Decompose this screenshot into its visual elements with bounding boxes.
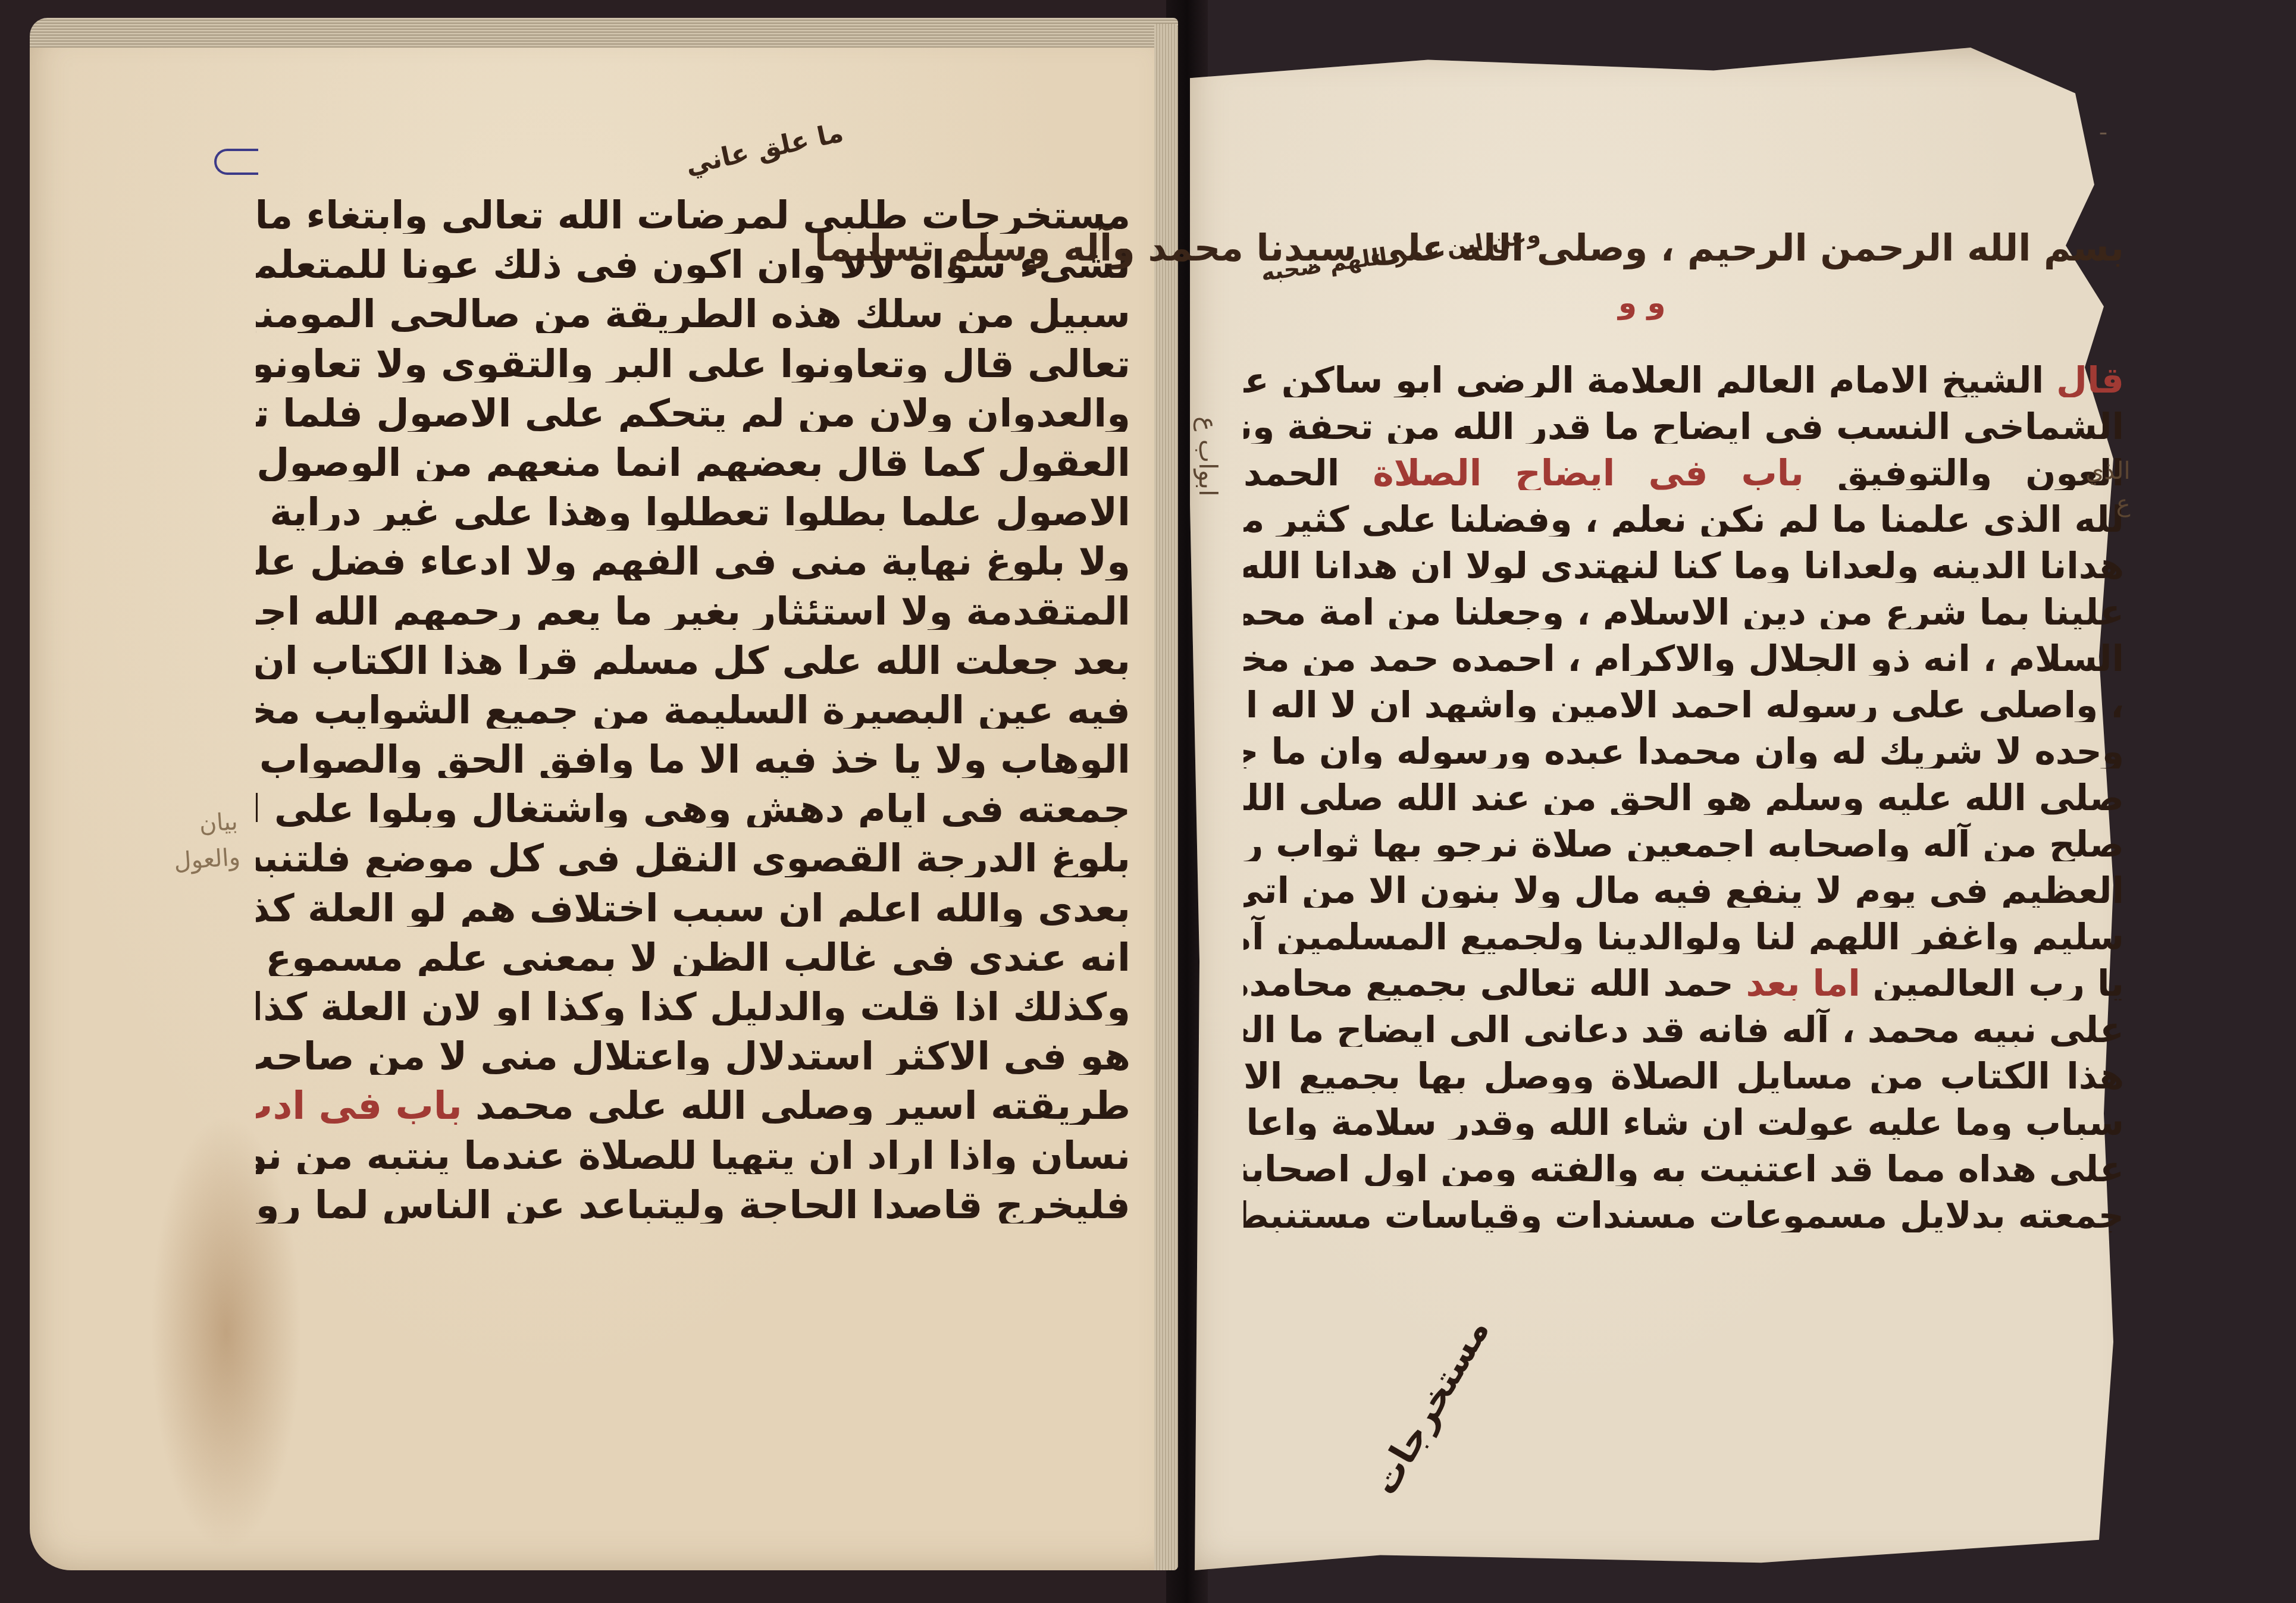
text-line: بعد جعلت الله على كل مسلم قرا هذا الكتاب… <box>256 630 1130 679</box>
bismillah-header: بسم الله الرحمن الرحيم ، وصلى الله على س… <box>1238 226 2124 290</box>
text-line: هذا الكتاب من مسايل الصلاة ووصل بها بجمي… <box>1243 1047 2124 1093</box>
right-page-text: قال الشيخ الامام العالم العلامة الرضي اب… <box>1243 351 2124 1232</box>
text-line: العظيم في يوم لا ينفع فيه مال ولا بنون ا… <box>1243 861 2124 908</box>
text-line: وكذلك اذا قلت والدليل كذا وكذا او لان ال… <box>256 976 1130 1025</box>
text-line: هدانا الدينه ولعدانا وما كنا لنهتدي لولا… <box>1243 537 2124 583</box>
text-fragment: طريقته اسير وصلى الله على محمد باب في اد… <box>256 1084 1130 1124</box>
text-line: بعدي والله اعلم ان سبب اختلاف هم لو العل… <box>256 877 1130 927</box>
rubric-text: باب في ادب <box>256 1084 462 1124</box>
rubric-text: باب في ايضاح الصلاة <box>1373 453 1804 490</box>
text-line: وحده لا شريك له وان محمدا عبده ورسوله وا… <box>1243 722 2124 768</box>
text-line: الوهاب ولا يا خذ فيه الا ما وافق الحق وا… <box>256 729 1130 778</box>
rubric-text: قال <box>2056 360 2124 397</box>
folio-mark: ـ <box>2100 116 2106 140</box>
text-line: على نبيه محمد ، آله فانه قد دعاني الى اي… <box>1243 1000 2124 1047</box>
text-line: سباب وما عليه عولت ان شاء الله وقدر سلام… <box>1243 1093 2124 1140</box>
text-line: هو في الاكثر استدلال واعتلال مني لا من ص… <box>256 1025 1130 1075</box>
text-line: سليم واغفر اللهم لنا ولوالدينا ولجميع ال… <box>1243 908 2124 954</box>
rubric-text: اما بعد <box>1746 963 1860 1000</box>
text-line: الاصول علما بطلوا تعطلوا وهذا على غير در… <box>256 481 1130 531</box>
text-line: فيه عين البصيرة السليمة من جميع الشوايب … <box>256 679 1130 729</box>
pen-mark-icon <box>214 149 258 175</box>
right-page-left-margin-note: ابواب ع <box>1190 416 1226 497</box>
text-line: فليخرج قاصدا الحاجة وليتباعد عن الناس لم… <box>256 1174 1130 1224</box>
text-line: ، واصلي على رسوله احمد الامين واشهد ان ل… <box>1243 676 2124 722</box>
text-line: تعالى قال وتعاونوا على البر والتقوى ولا … <box>256 333 1130 382</box>
text-line: على هداه مما قد اعتنيت به والفته ومن اول… <box>1243 1140 2124 1186</box>
margin-note-line: ع <box>2085 488 2131 520</box>
text-line: جمعته بدلايل مسموعات مسندات وقياسات مستن… <box>1243 1186 2124 1232</box>
page-stack-top-edge <box>30 18 1178 48</box>
text-line-with-rubric: العون والتوفيق باب في ايضاح الصلاة الحمد <box>1243 444 2124 490</box>
text-line: نسان واذا اراد ان يتهيا للصلاة عندما ينت… <box>256 1125 1130 1174</box>
text-line: ولا بلوغ نهاية مني في الفهم ولا ادعاء فض… <box>256 531 1130 580</box>
text-line: انه عندي في غالب الظن لا بمعنى علم مسموع… <box>256 927 1130 976</box>
left-page-text: مستخرجات طلبي لمرضات الله تعالى وابتغاء … <box>256 184 1130 1224</box>
left-margin-note: بيان والعول <box>170 804 242 879</box>
text-line-with-rubric: يا رب العالمين اما بعد حمد الله تعالى بج… <box>1243 954 2124 1000</box>
margin-note-line: والعول <box>173 839 242 880</box>
margin-note-line: بيان <box>170 804 239 844</box>
text-line: جمعته في ايام دهش وهي واشتغال وبلوا على … <box>256 778 1130 827</box>
margin-note-line: الذي <box>2085 455 2131 488</box>
text-line: علينا بما شرع من دين الاسلام ، وجعلنا من… <box>1243 583 2124 629</box>
text-line: بلوغ الدرجة القصوى النقل في كل موضع فلتن… <box>256 827 1130 877</box>
text-line: صلى الله عليه وسلم هو الحق من عند الله ص… <box>1243 768 2124 815</box>
text-line: لله الذي علمنا ما لم نكن نعلم ، وفضلنا ع… <box>1243 490 2124 537</box>
text-line: الشماخي النسب في ايضاح ما قدر الله من تح… <box>1243 397 2124 444</box>
right-page-right-margin-note: الذي ع <box>2085 455 2131 520</box>
text-line: العقول كما قال بعضهم انما منعهم من الوصو… <box>256 432 1130 481</box>
red-ornament-marks: و و <box>1618 286 1666 320</box>
text-line: والعدوان ولان من لم يتحكم على الاصول فلم… <box>256 382 1130 432</box>
text-line-with-rubric: قال الشيخ الامام العالم العلامة الرضي اب… <box>1243 351 2124 397</box>
text-line: صلح من آله واصحابه اجمعين صلاة نرجو بها … <box>1243 815 2124 861</box>
text-line: سبيل من سلك هذه الطريقة من صالحي المومني… <box>256 283 1130 332</box>
text-line: المتقدمة ولا استئثار بغير ما يعم رحمهم ا… <box>256 581 1130 630</box>
text-line-with-rubric: طريقته اسير وصلى الله على محمد باب في اد… <box>256 1075 1130 1124</box>
text-line: السلام ، انه ذو الجلال والاكرام ، احمده … <box>1243 629 2124 676</box>
